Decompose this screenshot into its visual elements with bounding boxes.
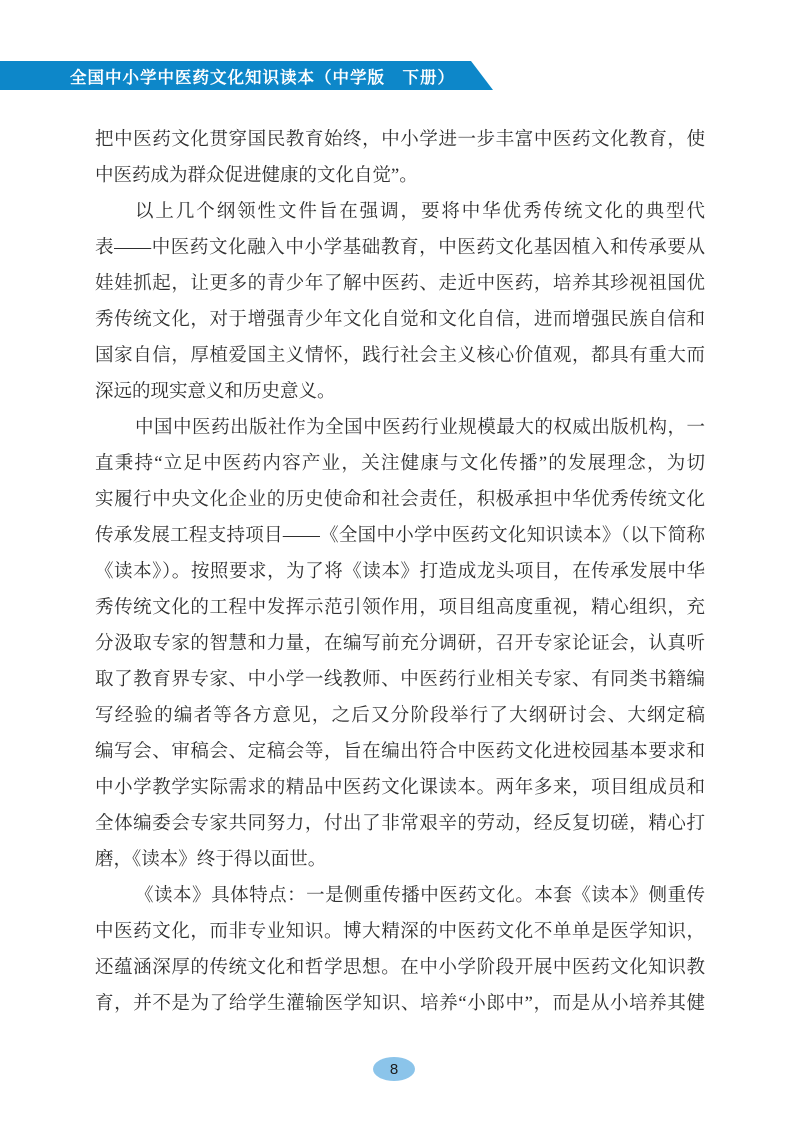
text-line: 传承发展工程支持项目——《全国中小学中医药文化知识读本》（以下简称 [95, 518, 705, 554]
header-banner: 全国中小学中医药文化知识读本（中学版 下册） [0, 61, 493, 90]
text-line: 《读本》具体特点：一是侧重传播中医药文化。本套《读本》侧重传播 [95, 878, 705, 914]
text-line: 磨，《读本》终于得以面世。 [95, 842, 705, 878]
text-line: 中医药成为群众促进健康的文化自觉”。 [95, 158, 705, 194]
header-title: 全国中小学中医药文化知识读本（中学版 下册） [70, 64, 455, 88]
book-page: 全国中小学中医药文化知识读本（中学版 下册） 把中医药文化贯穿国民教育始终，中小… [0, 0, 800, 1124]
body-text: 把中医药文化贯穿国民教育始终，中小学进一步丰富中医药文化教育，使中医药成为群众促… [95, 122, 705, 1022]
text-line: 育，并不是为了给学生灌输医学知识、培养“小郎中”，而是从小培养其健 [95, 986, 705, 1022]
text-line: 中国中医药出版社作为全国中医药行业规模最大的权威出版机构，一 [95, 410, 705, 446]
text-line: 国家自信，厚植爱国主义情怀，践行社会主义核心价值观，都具有重大而 [95, 338, 705, 374]
text-line: 直秉持“立足中医药内容产业，关注健康与文化传播”的发展理念，为切 [95, 446, 705, 482]
page-number: 8 [390, 1061, 398, 1078]
text-line: 分汲取专家的智慧和力量，在编写前充分调研，召开专家论证会，认真听 [95, 626, 705, 662]
text-line: 取了教育界专家、中小学一线教师、中医药行业相关专家、有同类书籍编 [95, 662, 705, 698]
text-line: 深远的现实意义和历史意义。 [95, 374, 705, 410]
text-line: 中小学教学实际需求的精品中医药文化课读本。两年多来，项目组成员和 [95, 770, 705, 806]
text-line: 表——中医药文化融入中小学基础教育，中医药文化基因植入和传承要从 [95, 230, 705, 266]
page-number-badge: 8 [373, 1057, 415, 1081]
text-line: 秀传统文化，对于增强青少年文化自觉和文化自信，进而增强民族自信和 [95, 302, 705, 338]
text-line: 全体编委会专家共同努力，付出了非常艰辛的劳动，经反复切磋，精心打 [95, 806, 705, 842]
text-line: 编写会、审稿会、定稿会等，旨在编出符合中医药文化进校园基本要求和 [95, 734, 705, 770]
text-line: 秀传统文化的工程中发挥示范引领作用，项目组高度重视，精心组织，充 [95, 590, 705, 626]
text-line: 娃娃抓起，让更多的青少年了解中医药、走近中医药，培养其珍视祖国优 [95, 266, 705, 302]
text-line: 实履行中央文化企业的历史使命和社会责任，积极承担中华优秀传统文化 [95, 482, 705, 518]
text-line: 中医药文化，而非专业知识。博大精深的中医药文化不单单是医学知识， [95, 914, 705, 950]
text-line: 以上几个纲领性文件旨在强调，要将中华优秀传统文化的典型代 [95, 194, 705, 230]
text-line: 写经验的编者等各方意见，之后又分阶段举行了大纲研讨会、大纲定稿会、 [95, 698, 705, 734]
text-line: 还蕴涵深厚的传统文化和哲学思想。在中小学阶段开展中医药文化知识教 [95, 950, 705, 986]
text-line: 《读本》）。按照要求，为了将《读本》打造成龙头项目，在传承发展中华优 [95, 554, 705, 590]
text-line: 把中医药文化贯穿国民教育始终，中小学进一步丰富中医药文化教育，使 [95, 122, 705, 158]
